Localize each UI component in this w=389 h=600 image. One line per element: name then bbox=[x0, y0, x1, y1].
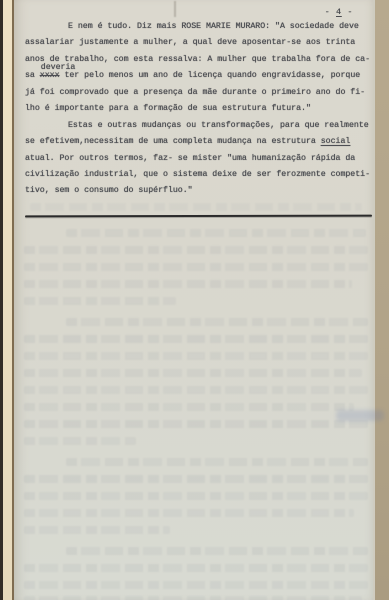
scanned-document-page: - 4 - E nem é tudo. Diz mais ROSE MARIE … bbox=[0, 0, 389, 600]
typed-line: lho é importante para a formação de sua … bbox=[25, 101, 375, 117]
typed-line: anos de trabalho, com esta ressalva: A m… bbox=[25, 52, 375, 68]
typed-line: assalariar justamente a mulher, a qual d… bbox=[25, 35, 375, 51]
typed-text: E nem é tudo. Diz mais ROSE MARIE MURARO… bbox=[25, 19, 375, 200]
typed-line: E nem é tudo. Diz mais ROSE MARIE MURARO… bbox=[25, 19, 375, 35]
binding-edge-cream bbox=[3, 0, 12, 600]
typed-line: já foi comprovado que a presença da mãe … bbox=[25, 85, 375, 101]
typed-line: atual. Por outros termos, faz- se mister… bbox=[25, 151, 375, 167]
typed-line: tivo, sem o consumo do supérfluo." bbox=[25, 183, 375, 199]
typed-line: sa xxxxdeveria ter pelo menos um ano de … bbox=[25, 68, 375, 84]
typed-line: civilização industrial, que o sistema de… bbox=[25, 167, 375, 183]
horizontal-rule bbox=[25, 215, 372, 218]
typed-line: se efetivem,necessitam de uma completa m… bbox=[25, 134, 375, 150]
crease-mark bbox=[174, 1, 176, 17]
page-number: - 4 - bbox=[325, 7, 353, 17]
paper-page: - 4 - E nem é tudo. Diz mais ROSE MARIE … bbox=[14, 0, 375, 600]
typed-line: Estas e outras mudanças ou transformaçõe… bbox=[25, 118, 375, 134]
